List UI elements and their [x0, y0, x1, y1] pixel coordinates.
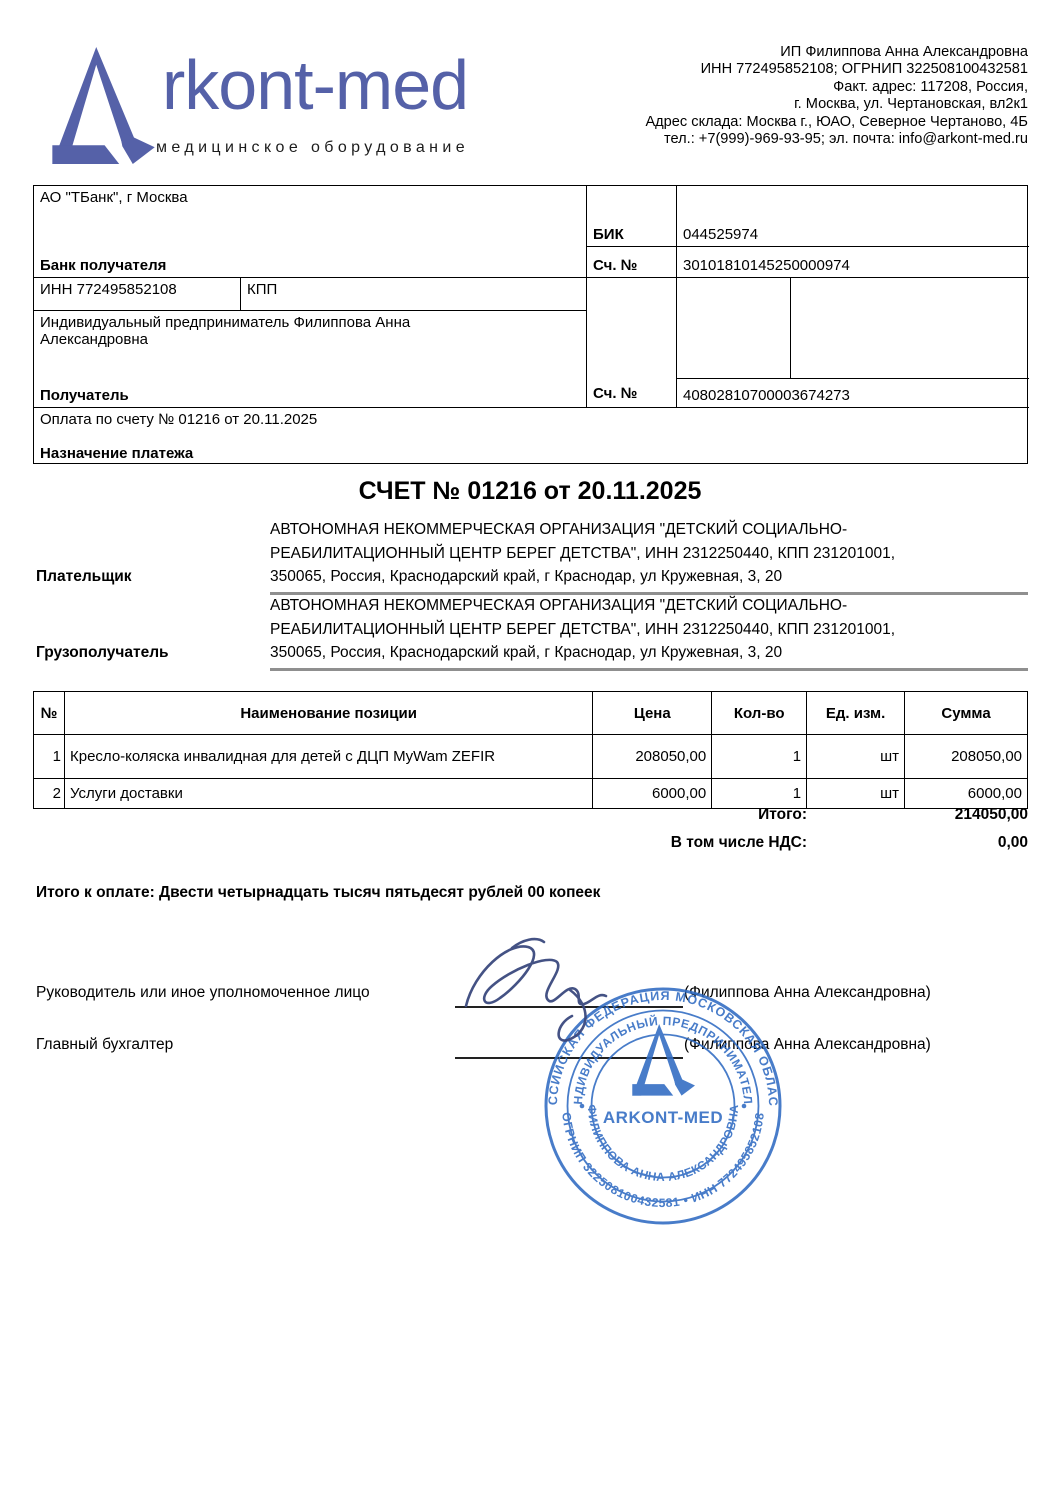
consignee-line: РЕАБИЛИТАЦИОННЫЙ ЦЕНТР БЕРЕГ ДЕТСТВА", И…	[270, 618, 1028, 642]
consignee-underline	[270, 668, 1028, 671]
item-sum: 208050,00	[905, 735, 1028, 779]
vat-value: 0,00	[807, 834, 1028, 852]
invoice-page: rkont-med медицинское оборудование ИП Фи…	[0, 0, 1060, 1500]
items-table: № Наименование позиции Цена Кол-во Ед. и…	[33, 691, 1028, 809]
bank-requisites-table: АО "ТБанк", г Москва Банк получателя БИК…	[33, 185, 1028, 464]
arkont-logo-icon	[50, 47, 155, 164]
col-qty: Кол-во	[712, 692, 807, 735]
acc-label: Сч. №	[593, 385, 637, 402]
item-name: Кресло-коляска инвалидная для детей с ДЦ…	[64, 735, 592, 779]
company-address-2: г. Москва, ул. Чертановская, вл2к1	[645, 96, 1028, 113]
col-num: №	[34, 692, 65, 735]
warehouse-address: Адрес склада: Москва г., ЮАО, Северное Ч…	[645, 114, 1028, 131]
corr-acc-value-cell: 30101810145250000974	[677, 247, 1029, 278]
items-header-row: № Наименование позиции Цена Кол-во Ед. и…	[34, 692, 1028, 735]
kpp-label: КПП	[247, 281, 277, 298]
payer-line: РЕАБИЛИТАЦИОННЫЙ ЦЕНТР БЕРЕГ ДЕТСТВА", И…	[270, 542, 1028, 566]
payment-purpose: Оплата по счету № 01216 от 20.11.2025	[40, 411, 1023, 428]
company-inn-ogrnip: ИНН 772495852108; ОГРНИП 322508100432581	[645, 61, 1028, 78]
bik-label-cell: БИК	[587, 186, 677, 247]
consignee-line: АВТОНОМНАЯ НЕКОММЕРЧЕСКАЯ ОРГАНИЗАЦИЯ "Д…	[270, 594, 1028, 618]
bank-name-cell: АО "ТБанк", г Москва Банк получателя	[34, 186, 587, 278]
table-row: 2 Услуги доставки 6000,00 1 шт 6000,00	[34, 779, 1028, 809]
stamp-center-text: ARKONT-MED	[603, 1108, 723, 1127]
item-unit: шт	[807, 779, 905, 809]
payer-label: Плательщик	[36, 568, 132, 586]
bik-value: 044525974	[683, 226, 758, 243]
acc-label-cell: Сч. №	[587, 278, 677, 408]
consignee-label: Грузополучатель	[36, 644, 169, 662]
vat-label: В том числе НДС:	[450, 834, 807, 852]
item-num: 1	[34, 735, 65, 779]
recipient-name: Индивидуальный предприниматель Филиппова…	[40, 314, 490, 348]
accountant-sig-label: Главный бухгалтер	[36, 1036, 173, 1054]
inn-value: ИНН 772495852108	[40, 281, 177, 298]
recipient-label: Получатель	[40, 387, 580, 404]
col-sum: Сумма	[905, 692, 1028, 735]
company-name: ИП Филиппова Анна Александровна	[645, 44, 1028, 61]
purpose-cell: Оплата по счету № 01216 от 20.11.2025 На…	[34, 408, 1029, 465]
company-info-block: ИП Филиппова Анна Александровна ИНН 7724…	[645, 44, 1028, 148]
item-sum: 6000,00	[905, 779, 1028, 809]
col-name: Наименование позиции	[64, 692, 592, 735]
corr-acc-label-cell: Сч. №	[587, 247, 677, 278]
item-name: Услуги доставки	[64, 779, 592, 809]
acc-value: 40802810700003674273	[683, 387, 850, 404]
item-price: 6000,00	[593, 779, 712, 809]
total-value: 214050,00	[807, 806, 1028, 824]
col-price: Цена	[593, 692, 712, 735]
amount-in-words: Итого к оплате: Двести четырнадцать тыся…	[36, 884, 600, 902]
item-num: 2	[34, 779, 65, 809]
invoice-title: СЧЕТ № 01216 от 20.11.2025	[0, 477, 1060, 506]
signature-scribble-icon	[452, 934, 712, 1049]
col-unit: Ед. изм.	[807, 692, 905, 735]
director-sig-label: Руководитель или иное уполномоченное лиц…	[36, 984, 370, 1002]
inn-cell: ИНН 772495852108	[34, 278, 241, 311]
kpp-cell: КПП	[241, 278, 587, 311]
purpose-label: Назначение платежа	[40, 445, 1023, 462]
company-contacts: тел.: +7(999)-969-93-95; эл. почта: info…	[645, 131, 1028, 148]
bik-label: БИК	[593, 226, 624, 243]
item-price: 208050,00	[593, 735, 712, 779]
table-row: 1 Кресло-коляска инвалидная для детей с …	[34, 735, 1028, 779]
payer-value: АВТОНОМНАЯ НЕКОММЕРЧЕСКАЯ ОРГАНИЗАЦИЯ "Д…	[270, 518, 1028, 589]
empty-cell-1	[677, 278, 791, 379]
consignee-value: АВТОНОМНАЯ НЕКОММЕРЧЕСКАЯ ОРГАНИЗАЦИЯ "Д…	[270, 594, 1028, 665]
corr-acc-label: Сч. №	[593, 257, 637, 274]
corr-acc-value: 30101810145250000974	[683, 257, 850, 274]
total-label: Итого:	[450, 806, 807, 824]
payer-line: АВТОНОМНАЯ НЕКОММЕРЧЕСКАЯ ОРГАНИЗАЦИЯ "Д…	[270, 518, 1028, 542]
bank-label: Банк получателя	[40, 257, 580, 274]
item-qty: 1	[712, 779, 807, 809]
acc-value-cell: 40802810700003674273	[677, 379, 1029, 408]
bik-value-cell: 044525974	[677, 186, 1029, 247]
logo-wordmark: rkont-med	[162, 50, 468, 120]
consignee-line: 350065, Россия, Краснодарский край, г Кр…	[270, 641, 1028, 665]
company-address-1: Факт. адрес: 117208, Россия,	[645, 79, 1028, 96]
item-unit: шт	[807, 735, 905, 779]
item-qty: 1	[712, 735, 807, 779]
empty-cell-2	[791, 278, 1029, 379]
logo-subtitle: медицинское оборудование	[156, 139, 469, 157]
payer-line: 350065, Россия, Краснодарский край, г Кр…	[270, 565, 1028, 589]
bank-name: АО "ТБанк", г Москва	[40, 189, 580, 206]
recipient-cell: Индивидуальный предприниматель Филиппова…	[34, 311, 587, 408]
